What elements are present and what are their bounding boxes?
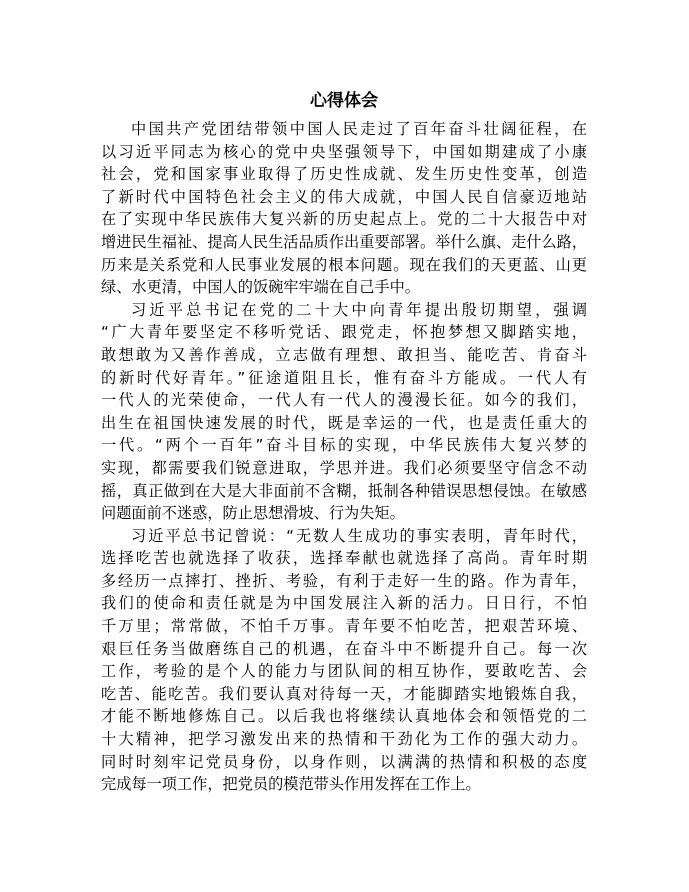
paragraph-line: 的新时代好青年。”征途道阻且长，惟有奋斗方能成。一代人有 [101, 367, 587, 390]
paragraph-line: 以习近平同志为核心的党中央坚强领导下，中国如期建成了小康 [101, 141, 587, 164]
paragraph-line: 了新时代中国特色社会主义的伟大成就，中国人民自信豪迈地站 [101, 186, 587, 209]
paragraph-line: 问题面前不迷惑，防止思想滑坡、行为失矩。 [101, 502, 587, 525]
paragraph-line: 习近平总书记曾说：“无数人生成功的事实表明，青年时代， [101, 525, 587, 548]
paragraph-line: 摇，真正做到在大是大非面前不含糊，抵制各种错误思想侵蚀。在敏感 [101, 480, 587, 503]
paragraph: 中国共产党团结带领中国人民走过了百年奋斗壮阔征程，在以习近平同志为核心的党中央坚… [101, 118, 587, 299]
document-body: 中国共产党团结带领中国人民走过了百年奋斗壮阔征程，在以习近平同志为核心的党中央坚… [101, 118, 587, 796]
paragraph-line: 完成每一项工作，把党员的模范带头作用发挥在工作上。 [101, 773, 587, 796]
paragraph: 习近平总书记在党的二十大中向青年提出殷切期望，强调“广大青年要坚定不移听党话、跟… [101, 299, 587, 525]
paragraph-line: 实现，都需要我们锐意进取，学思并进。我们必须要坚守信念不动 [101, 457, 587, 480]
paragraph-line: 工作，考验的是个人的能力与团队间的相互协作，要敢吃苦、会 [101, 660, 587, 683]
paragraph-line: 艰巨任务当做磨练自己的机遇，在奋斗中不断提升自己。每一次 [101, 638, 587, 661]
paragraph: 习近平总书记曾说：“无数人生成功的事实表明，青年时代，选择吃苦也就选择了收获，选… [101, 525, 587, 796]
paragraph-line: 敢想敢为又善作善成，立志做有理想、敢担当、能吃苦、肯奋斗 [101, 344, 587, 367]
paragraph-line: 增进民生福祉、提高人民生活品质作出重要部署。举什么旗、走什么路， [101, 231, 587, 254]
paragraph-line: 千万里；常常做，不怕千万事。青年要不怕吃苦，把艰苦环境、 [101, 615, 587, 638]
document-title: 心得体会 [101, 88, 587, 114]
paragraph-line: 中国共产党团结带领中国人民走过了百年奋斗壮阔征程，在 [101, 118, 587, 141]
paragraph-line: 一代人的光荣使命，一代人有一代人的漫漫长征。如今的我们， [101, 389, 587, 412]
paragraph-line: 历来是关系党和人民事业发展的根本问题。现在我们的天更蓝、山更 [101, 254, 587, 277]
paragraph-line: 十大精神，把学习激发出来的热情和干劲化为工作的强大动力。 [101, 728, 587, 751]
paragraph-line: 同时时刻牢记党员身份，以身作则，以满满的热情和积极的态度 [101, 751, 587, 774]
paragraph-line: “广大青年要坚定不移听党话、跟党走，怀抱梦想又脚踏实地， [101, 321, 587, 344]
paragraph-line: 才能不断地修炼自己。以后我也将继续认真地体会和领悟党的二 [101, 705, 587, 728]
paragraph-line: 选择吃苦也就选择了收获，选择奉献也就选择了高尚。青年时期 [101, 547, 587, 570]
paragraph-line: 多经历一点摔打、挫折、考验，有利于走好一生的路。作为青年， [101, 570, 587, 593]
paragraph-line: 绿、水更清，中国人的饭碗牢牢端在自己手中。 [101, 276, 587, 299]
paragraph-line: 习近平总书记在党的二十大中向青年提出殷切期望，强调 [101, 299, 587, 322]
document-page: 心得体会 中国共产党团结带领中国人民走过了百年奋斗壮阔征程，在以习近平同志为核心… [101, 88, 587, 796]
paragraph-line: 吃苦、能吃苦。我们要认真对待每一天，才能脚踏实地锻炼自我， [101, 683, 587, 706]
paragraph-line: 在了实现中华民族伟大复兴新的历史起点上。党的二十大报告中对 [101, 208, 587, 231]
paragraph-line: 社会，党和国家事业取得了历史性成就、发生历史性变革，创造 [101, 163, 587, 186]
paragraph-line: 出生在祖国快速发展的时代，既是幸运的一代，也是责任重大的 [101, 412, 587, 435]
paragraph-line: 我们的使命和责任就是为中国发展注入新的活力。日日行，不怕 [101, 592, 587, 615]
paragraph-line: 一代。“两个一百年”奋斗目标的实现，中华民族伟大复兴梦的 [101, 434, 587, 457]
